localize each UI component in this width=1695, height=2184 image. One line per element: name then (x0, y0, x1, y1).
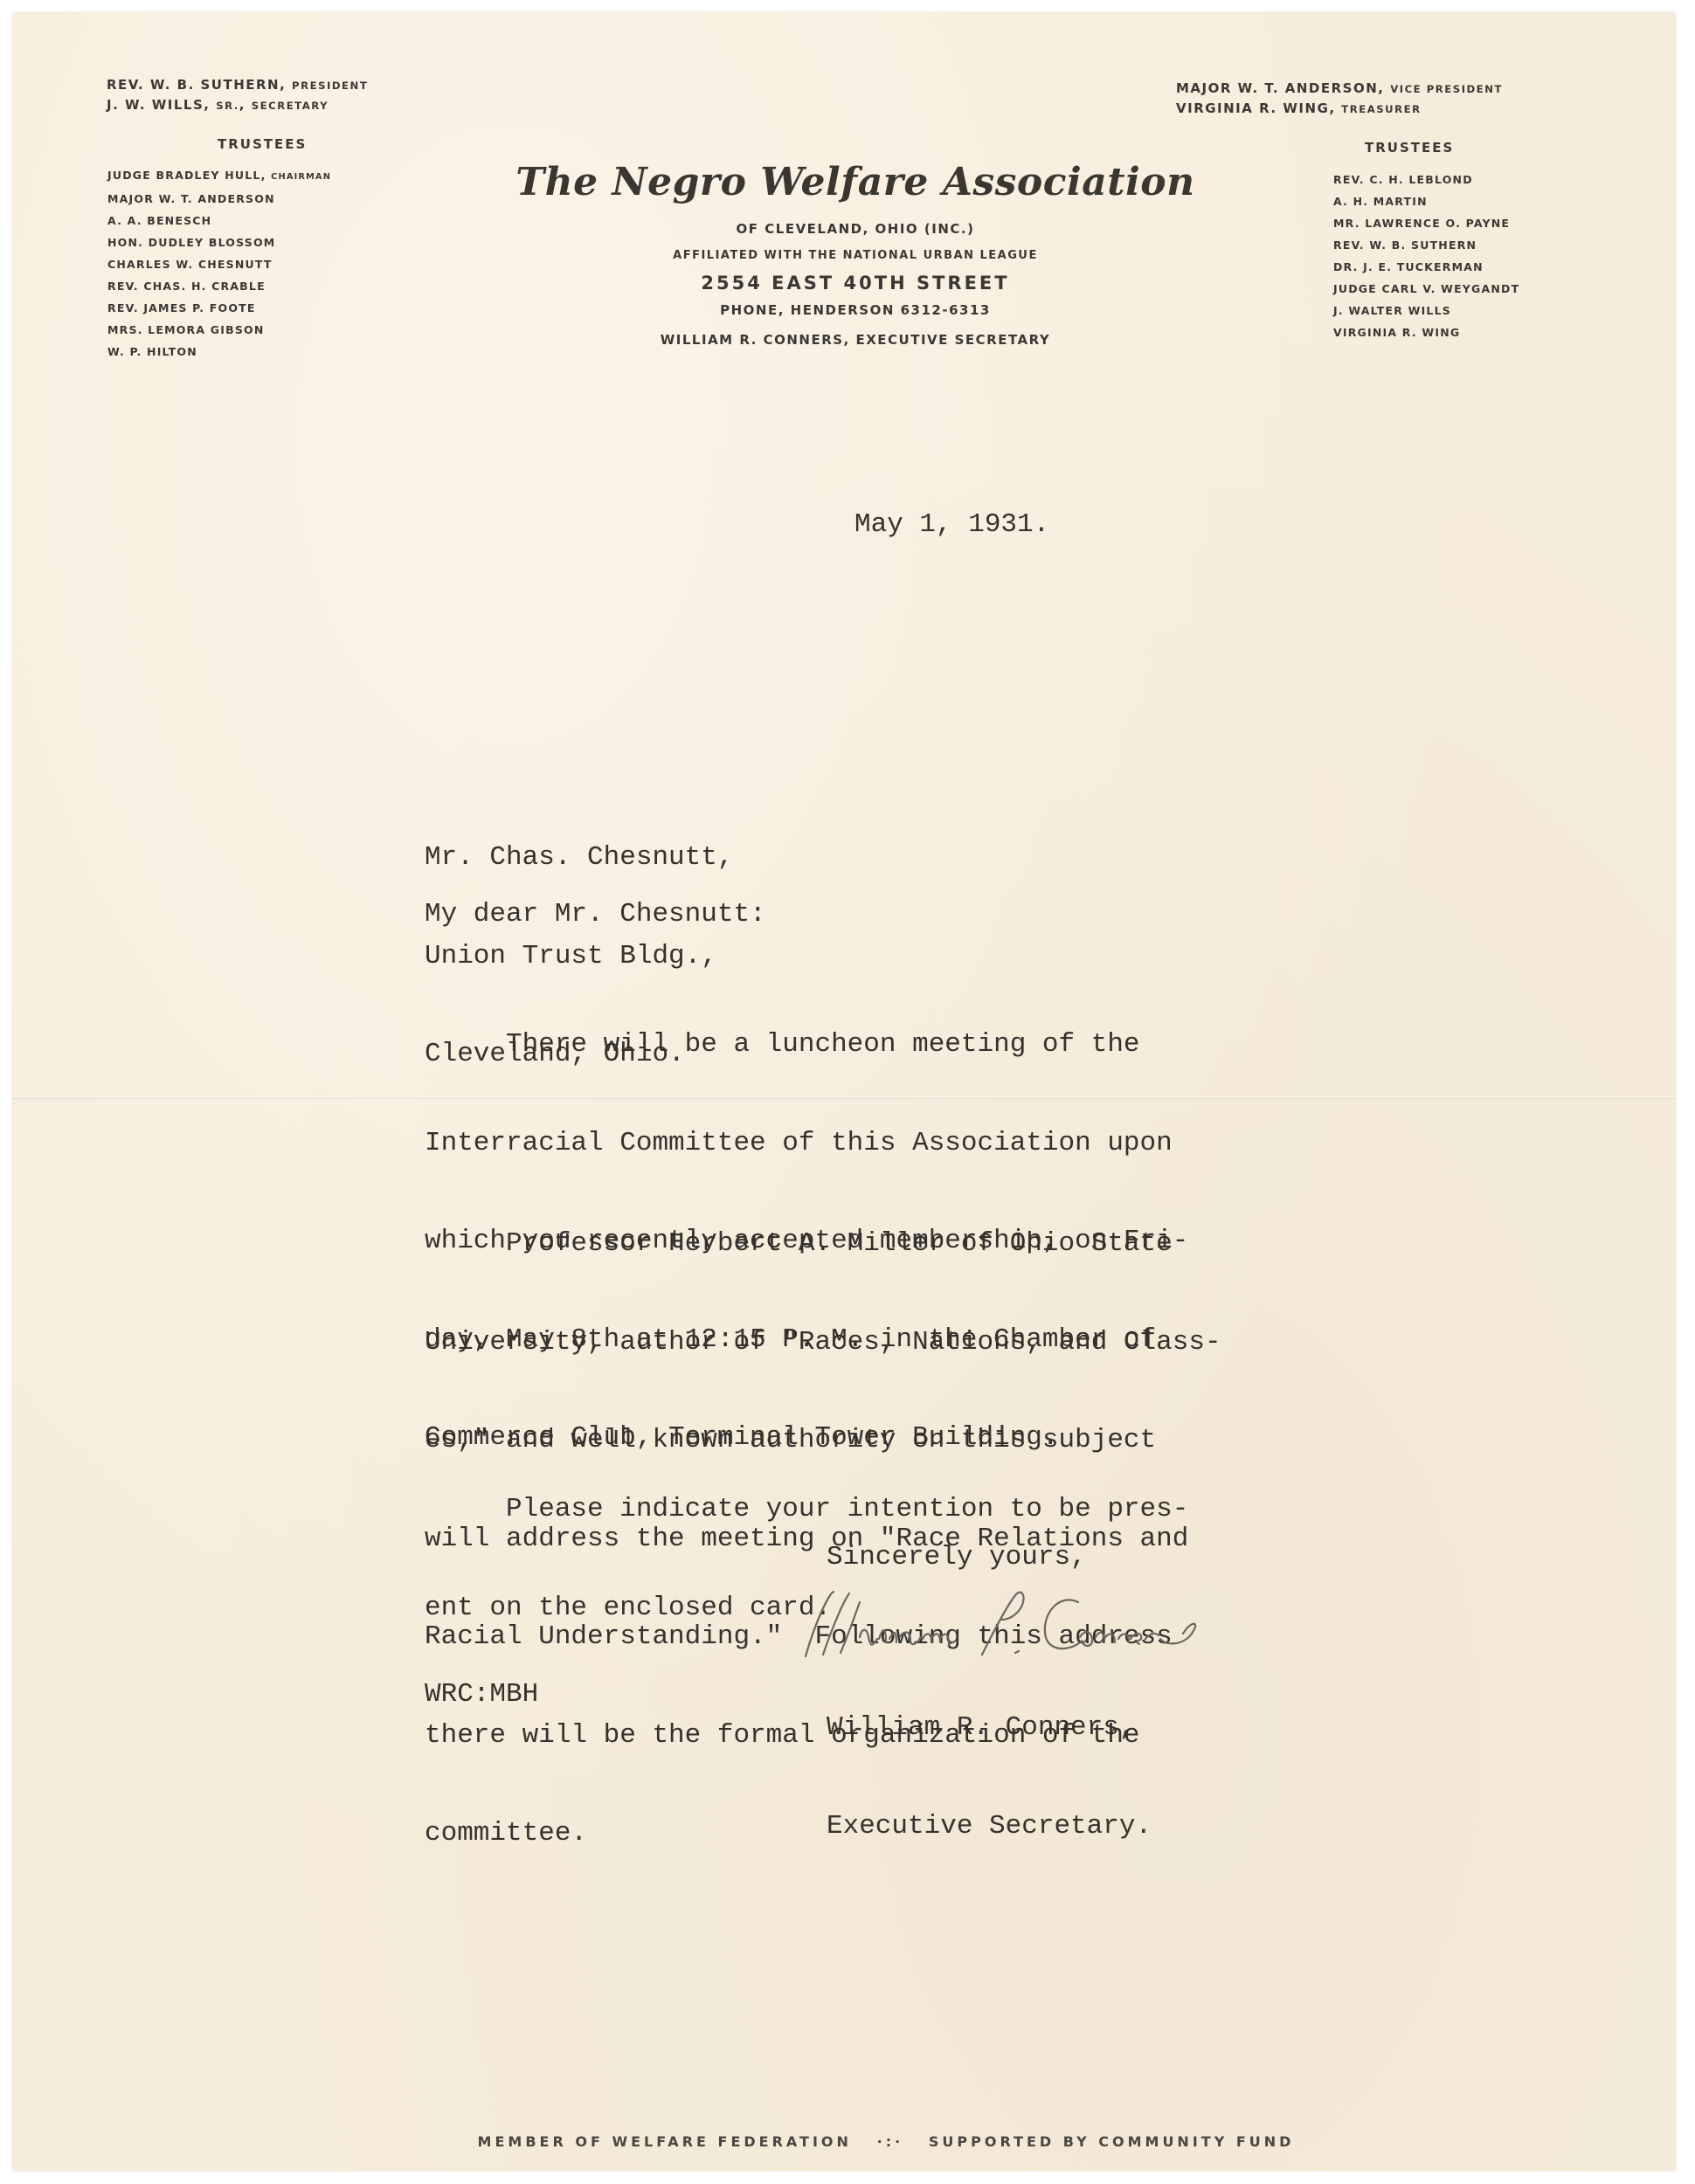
trustee-item: HON. DUDLEY BLOSSOM (107, 232, 331, 253)
trustee-item: A. H. MARTIN (1333, 190, 1519, 212)
trustee-item: JUDGE CARL V. WEYGANDT (1333, 278, 1519, 300)
salutation: My dear Mr. Chesnutt: (425, 898, 766, 931)
officer-name: Major W. T. Anderson (1176, 80, 1378, 96)
recipient-line: Mr. Chas. Chesnutt, (425, 841, 733, 874)
closing: Sincerely yours, (827, 1541, 1087, 1574)
trustee-item: JUDGE BRADLEY HULL, Chairman (107, 164, 331, 188)
signer-block: William R. Conners, Executive Secretary. (827, 1646, 1152, 1908)
phone-exchange: HEnderson (791, 302, 895, 318)
officer-name: Virginia R. Wing (1176, 100, 1329, 116)
trustee-title: Chairman (271, 172, 331, 182)
affiliation: AFFILIATED WITH THE NATIONAL URBAN LEAGU… (510, 249, 1200, 262)
trustee-item: MRS. LEMORA GIBSON (107, 319, 331, 341)
phone-label: Phone, (720, 302, 785, 318)
organization-name: The Negro Welfare Association (510, 156, 1200, 209)
officer-treasurer: Virginia R. Wing, Treasurer (1176, 99, 1503, 119)
trustee-item: W. P. HILTON (107, 341, 331, 363)
officer-name: Rev. W. B. Suthern (107, 77, 280, 93)
trustee-item: REV. JAMES P. FOOTE (107, 297, 331, 319)
officer-secretary: J. W. Wills, Sr., Secretary (107, 95, 368, 115)
footer-separator: ·:· (877, 2133, 904, 2150)
street-address: 2554 EAST 40TH STREET (510, 273, 1200, 294)
body-line: Professor Herbert A. Miller of Ohio Stat… (425, 1227, 1221, 1261)
footer-right: SUPPORTED BY COMMUNITY FUND (929, 2133, 1295, 2150)
letterhead-footer: MEMBER OF WELFARE FEDERATION ·:· SUPPORT… (362, 2133, 1410, 2150)
trustee-item: CHARLES W. CHESNUTT (107, 253, 331, 275)
officer-president: Rev. W. B. Suthern, President (107, 75, 368, 95)
officer-vice-president: Major W. T. Anderson, Vice President (1176, 79, 1503, 99)
letter-page: Rev. W. B. Suthern, President J. W. Will… (12, 12, 1676, 2171)
trustee-item: REV. CHAS. H. CRABLE (107, 275, 331, 297)
officer-title: President (292, 79, 368, 92)
trustees-right-list: REV. C. H. LEBLOND A. H. MARTIN MR. LAWR… (1333, 169, 1519, 343)
officers-right: Major W. T. Anderson, Vice President Vir… (1176, 79, 1503, 119)
location-text: OF CLEVELAND, OHIO (737, 221, 919, 237)
trustee-item: DR. J. E. TUCKERMAN (1333, 256, 1519, 278)
officer-title: Treasurer (1341, 103, 1421, 115)
body-line: Please indicate your intention to be pre… (425, 1493, 1188, 1526)
phone-number: 6312-6313 (901, 302, 991, 318)
signer-title: Executive Secretary. (827, 1810, 1152, 1843)
body-line: Interracial Committee of this Associatio… (425, 1127, 1188, 1160)
executive-name: WILLIAM R. CONNERS, (661, 332, 850, 348)
trustees-right-heading: TRUSTEES (1365, 140, 1454, 156)
letterhead-center: The Negro Welfare Association OF CLEVELA… (510, 156, 1200, 348)
officer-title: Secretary (252, 100, 329, 112)
trustee-item: MR. LAWRENCE O. PAYNE (1333, 212, 1519, 234)
reference-initials: WRC:MBH (425, 1678, 538, 1711)
trustee-name: JUDGE BRADLEY HULL (107, 169, 261, 182)
trustee-item: MAJOR W. T. ANDERSON (107, 188, 331, 210)
officer-name: J. W. Wills (107, 97, 204, 113)
trustee-item: J. WALTER WILLS (1333, 300, 1519, 321)
trustee-item: A. A. BENESCH (107, 210, 331, 232)
body-line: University, author of "Races, Nations, a… (425, 1326, 1221, 1359)
trustee-item: REV. C. H. LEBLOND (1333, 169, 1519, 190)
trustees-left-heading: TRUSTEES (218, 136, 307, 152)
incorporated-label: (Inc.) (924, 221, 975, 237)
body-line: There will be a luncheon meeting of the (425, 1028, 1188, 1061)
officer-suffix: Sr. (216, 100, 239, 112)
phone-line: Phone, HEnderson 6312-6313 (510, 302, 1200, 318)
executive-secretary-line: WILLIAM R. CONNERS, Executive Secretary (510, 332, 1200, 348)
trustees-left-list: JUDGE BRADLEY HULL, Chairman MAJOR W. T.… (107, 164, 331, 363)
footer-left: MEMBER OF WELFARE FEDERATION (478, 2133, 852, 2150)
trustee-item: VIRGINIA R. WING (1333, 321, 1519, 343)
officers-left: Rev. W. B. Suthern, President J. W. Will… (107, 75, 368, 115)
officer-title: Vice President (1390, 83, 1503, 95)
executive-title: Executive Secretary (855, 332, 1050, 348)
letter-date: May 1, 1931. (854, 508, 1049, 542)
trustee-item: REV. W. B. SUTHERN (1333, 234, 1519, 256)
signer-name: William R. Conners, (827, 1711, 1152, 1745)
organization-location: OF CLEVELAND, OHIO (Inc.) (510, 221, 1200, 237)
